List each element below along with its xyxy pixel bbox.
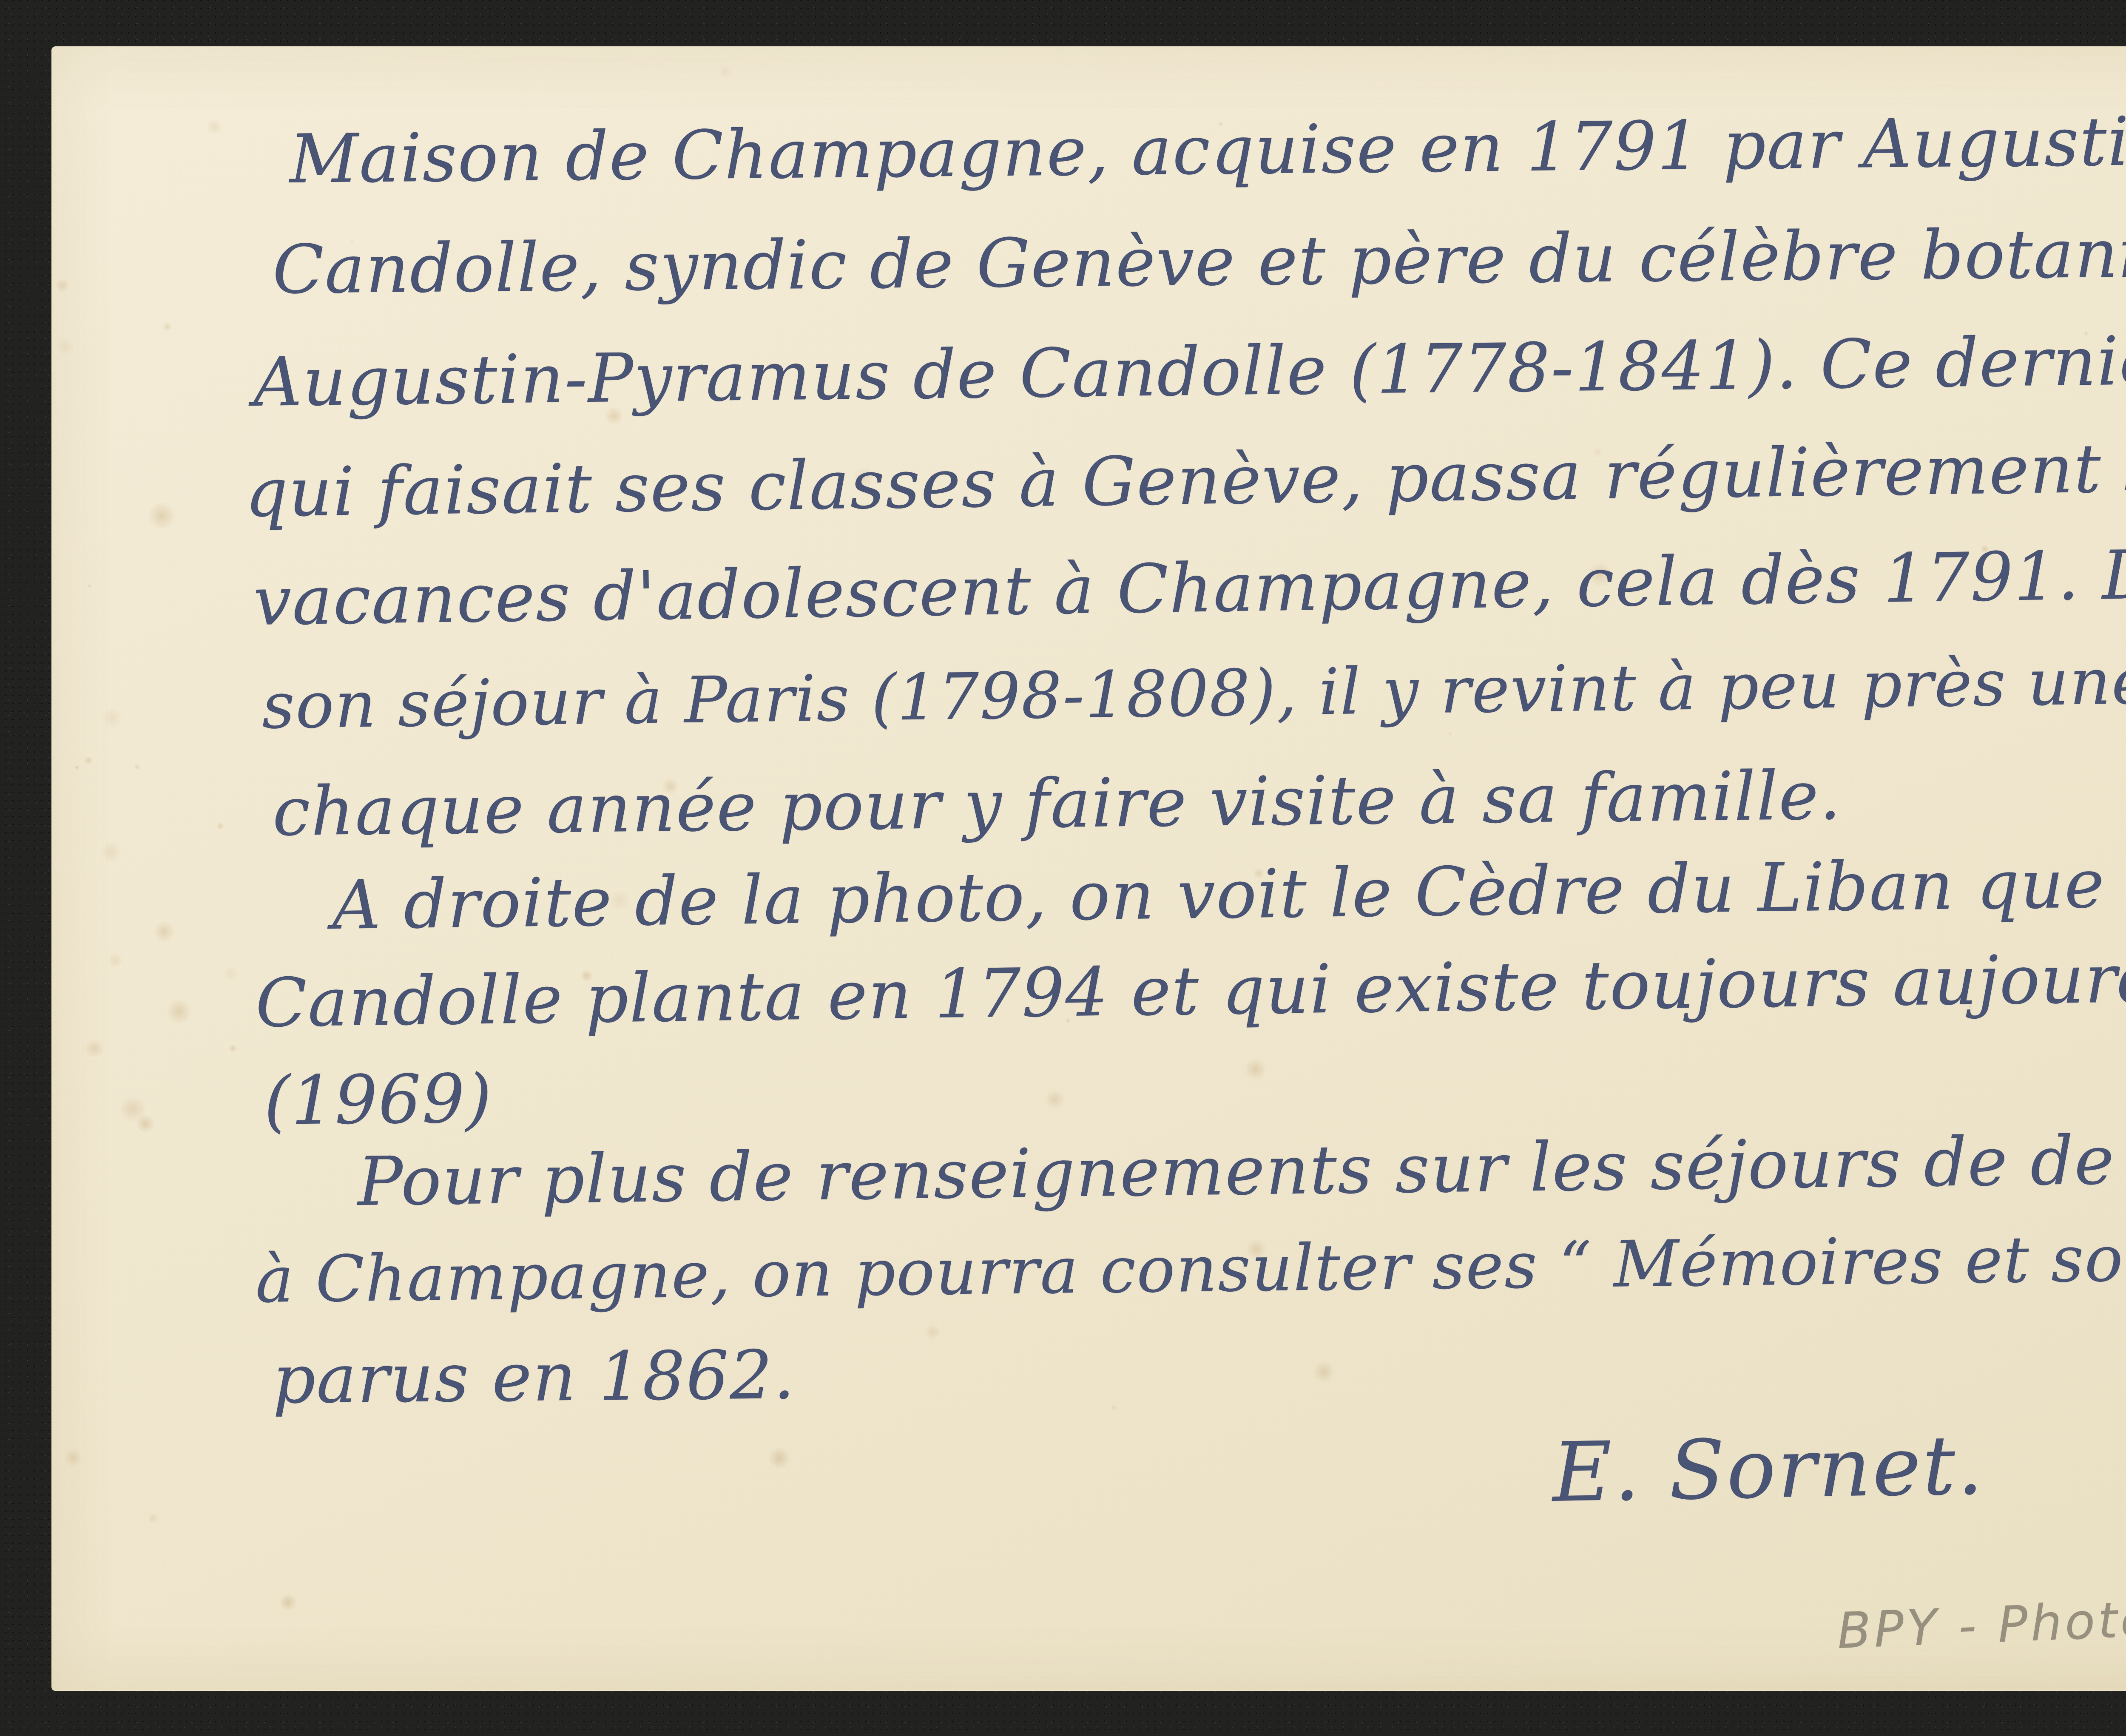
foxing-spot xyxy=(148,501,176,531)
handwritten-line: (1969) xyxy=(264,1062,493,1138)
foxing-spot xyxy=(279,1594,297,1611)
foxing-spot xyxy=(107,953,124,967)
foxing-spot xyxy=(85,1038,103,1059)
foxing-spot xyxy=(216,822,224,830)
index-card: Maison de Champagne, acquise en 1791 par… xyxy=(51,46,2126,1691)
handwritten-line: qui faisait ses classes à Genève, passa … xyxy=(244,431,2126,531)
foxing-spot xyxy=(206,119,223,134)
foxing-spot xyxy=(162,322,172,332)
foxing-spot xyxy=(148,1513,159,1523)
foxing-spot xyxy=(154,920,174,943)
handwritten-line: Augustin-Pyramus de Candolle (1778-1841)… xyxy=(253,324,2126,420)
handwritten-line: parus en 1862. xyxy=(272,1338,796,1417)
foxing-spot xyxy=(1109,1404,1118,1411)
handwritten-line: son séjour à Paris (1798-1808), il y rev… xyxy=(261,645,2126,742)
foxing-spot xyxy=(87,585,92,588)
foxing-spot xyxy=(222,966,240,980)
scan-background: { "document": { "kind": "handwritten ind… xyxy=(0,0,2126,1736)
foxing-spot xyxy=(1313,1361,1334,1383)
foxing-spot xyxy=(923,1325,942,1339)
foxing-spot xyxy=(84,756,93,764)
foxing-spot xyxy=(768,1447,791,1469)
handwritten-line: Candolle planta en 1794 et qui existe to… xyxy=(255,940,2126,1040)
handwritten-line: à Champagne, on pourra consulter ses “ M… xyxy=(255,1221,2126,1315)
foxing-spot xyxy=(56,278,68,293)
foxing-spot xyxy=(119,1095,146,1123)
foxing-spot xyxy=(99,841,122,863)
handwritten-line: Maison de Champagne, acquise en 1791 par… xyxy=(289,104,2126,197)
handwritten-line: Candolle, syndic de Genève et père du cé… xyxy=(272,216,2126,307)
foxing-spot xyxy=(74,765,80,770)
foxing-spot xyxy=(1245,1058,1266,1081)
handwritten-signature: E. Sornet. xyxy=(1552,1421,1985,1518)
foxing-spot xyxy=(55,338,76,355)
handwritten-line: Pour plus de renseignements sur les séjo… xyxy=(357,1120,2126,1219)
foxing-spot xyxy=(717,66,733,78)
foxing-spot xyxy=(101,707,122,730)
foxing-spot xyxy=(1447,732,1453,736)
foxing-spot xyxy=(65,1447,82,1469)
foxing-spot xyxy=(136,1114,155,1134)
handwritten-line: A droite de la photo, on voit le Cèdre d… xyxy=(332,846,2126,943)
foxing-spot xyxy=(134,764,140,770)
foxing-spot xyxy=(167,998,191,1025)
archive-number-pencil: BPY - Photo - 46 xyxy=(1836,1585,2126,1660)
handwritten-line: chaque année pour y faire visite à sa fa… xyxy=(272,759,1842,849)
foxing-spot xyxy=(1043,1091,1067,1108)
handwritten-line: vacances d'adolescent à Champagne, cela … xyxy=(253,536,2126,639)
foxing-spot xyxy=(228,1044,237,1052)
